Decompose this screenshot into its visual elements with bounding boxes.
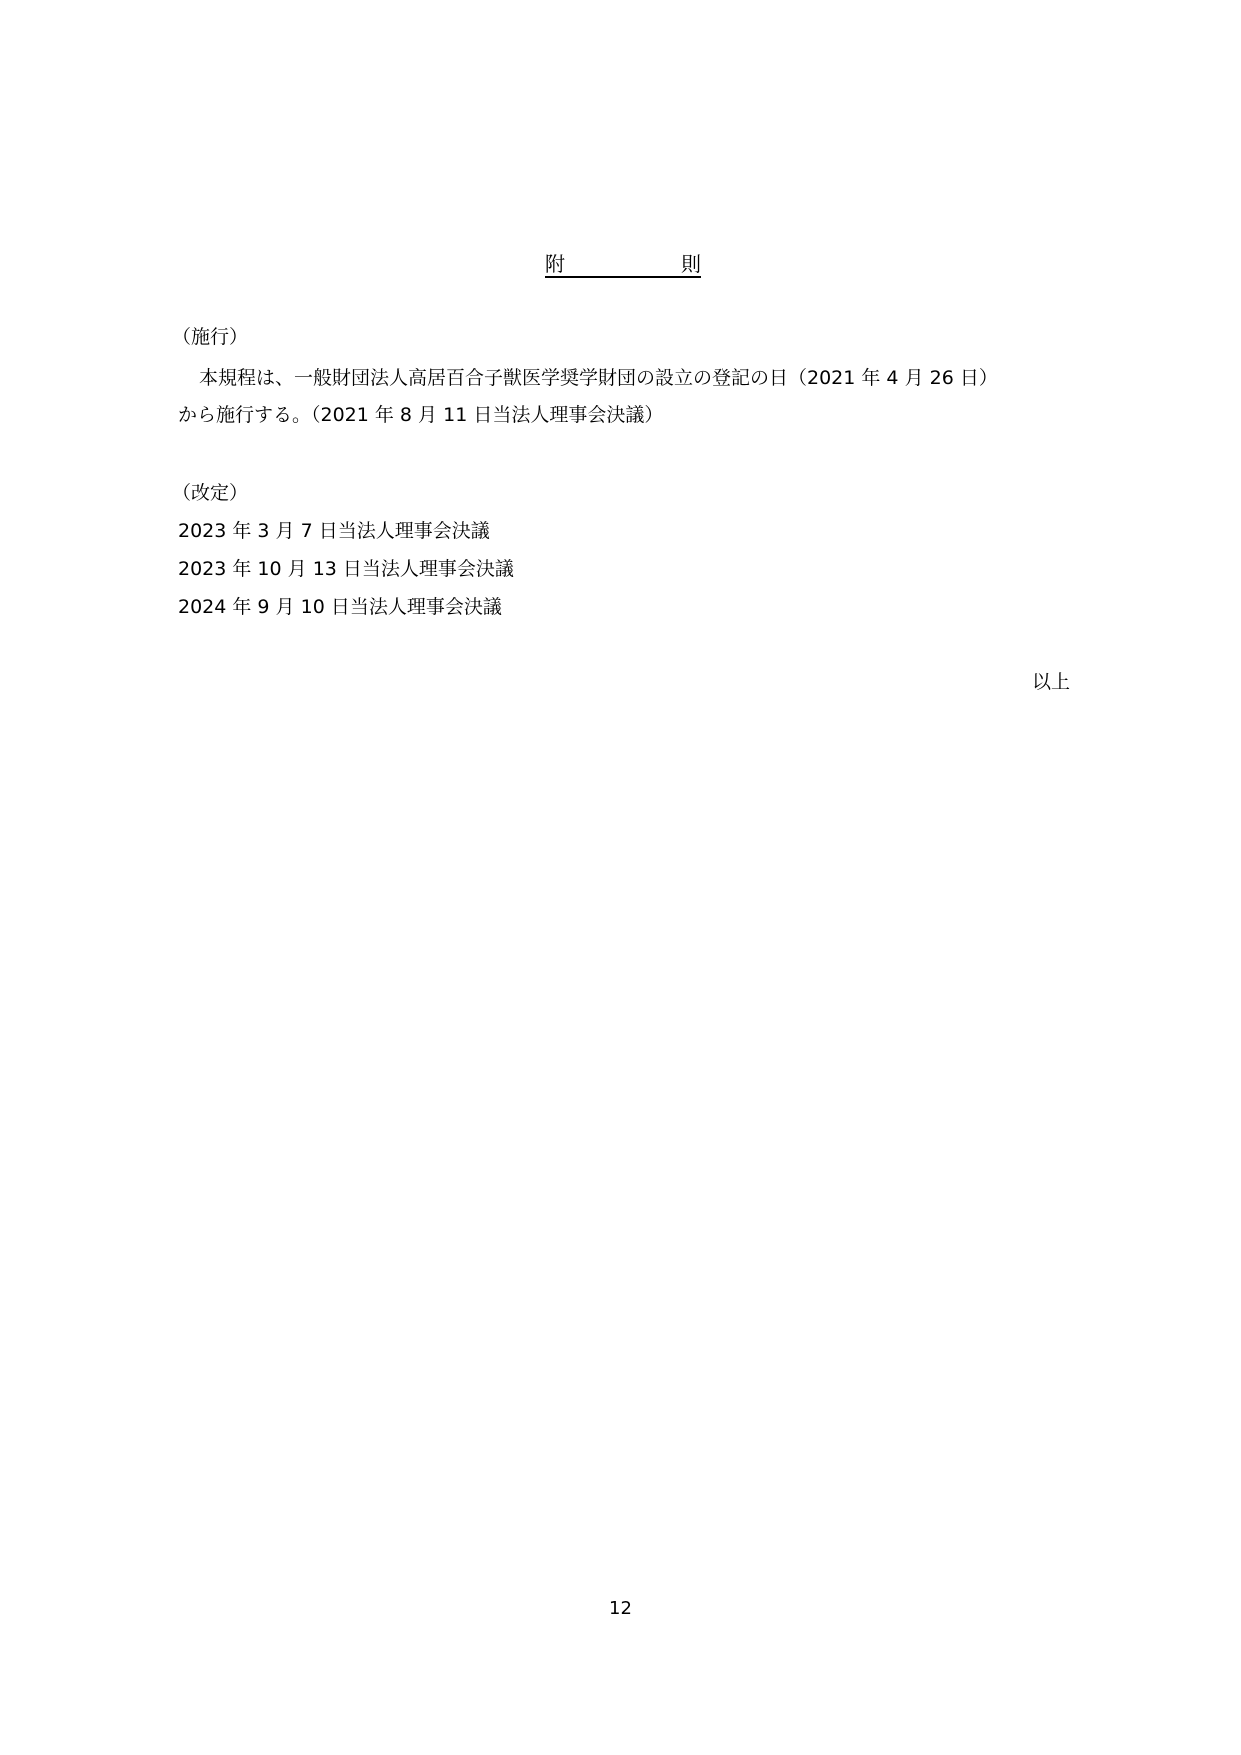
supplementary-provisions-title: 附 則 [545,254,701,278]
title-left-char: 附 [545,254,565,274]
enforcement-text-line-2: から施行する。（2021 年 8 月 11 日当法人理事会決議） [178,406,1062,425]
amendment-item: 2023 年 3 月 7 日当法人理事会決議 [178,522,490,541]
amendments-heading: （改定） [172,484,248,503]
enforcement-heading: （施行） [172,328,248,347]
enforcement-text-line-1: 本規程は、一般財団法人高居百合子獣医学奨学財団の設立の登記の日（2021 年 4… [178,369,1062,388]
page-number: 12 [0,1600,1241,1618]
document-page: 附 則 （施行） 本規程は、一般財団法人高居百合子獣医学奨学財団の設立の登記の日… [0,0,1241,1755]
amendment-item: 2023 年 10 月 13 日当法人理事会決議 [178,560,514,579]
closing-mark: 以上 [1032,673,1070,692]
amendment-item: 2024 年 9 月 10 日当法人理事会決議 [178,598,502,617]
title-right-char: 則 [681,254,701,274]
